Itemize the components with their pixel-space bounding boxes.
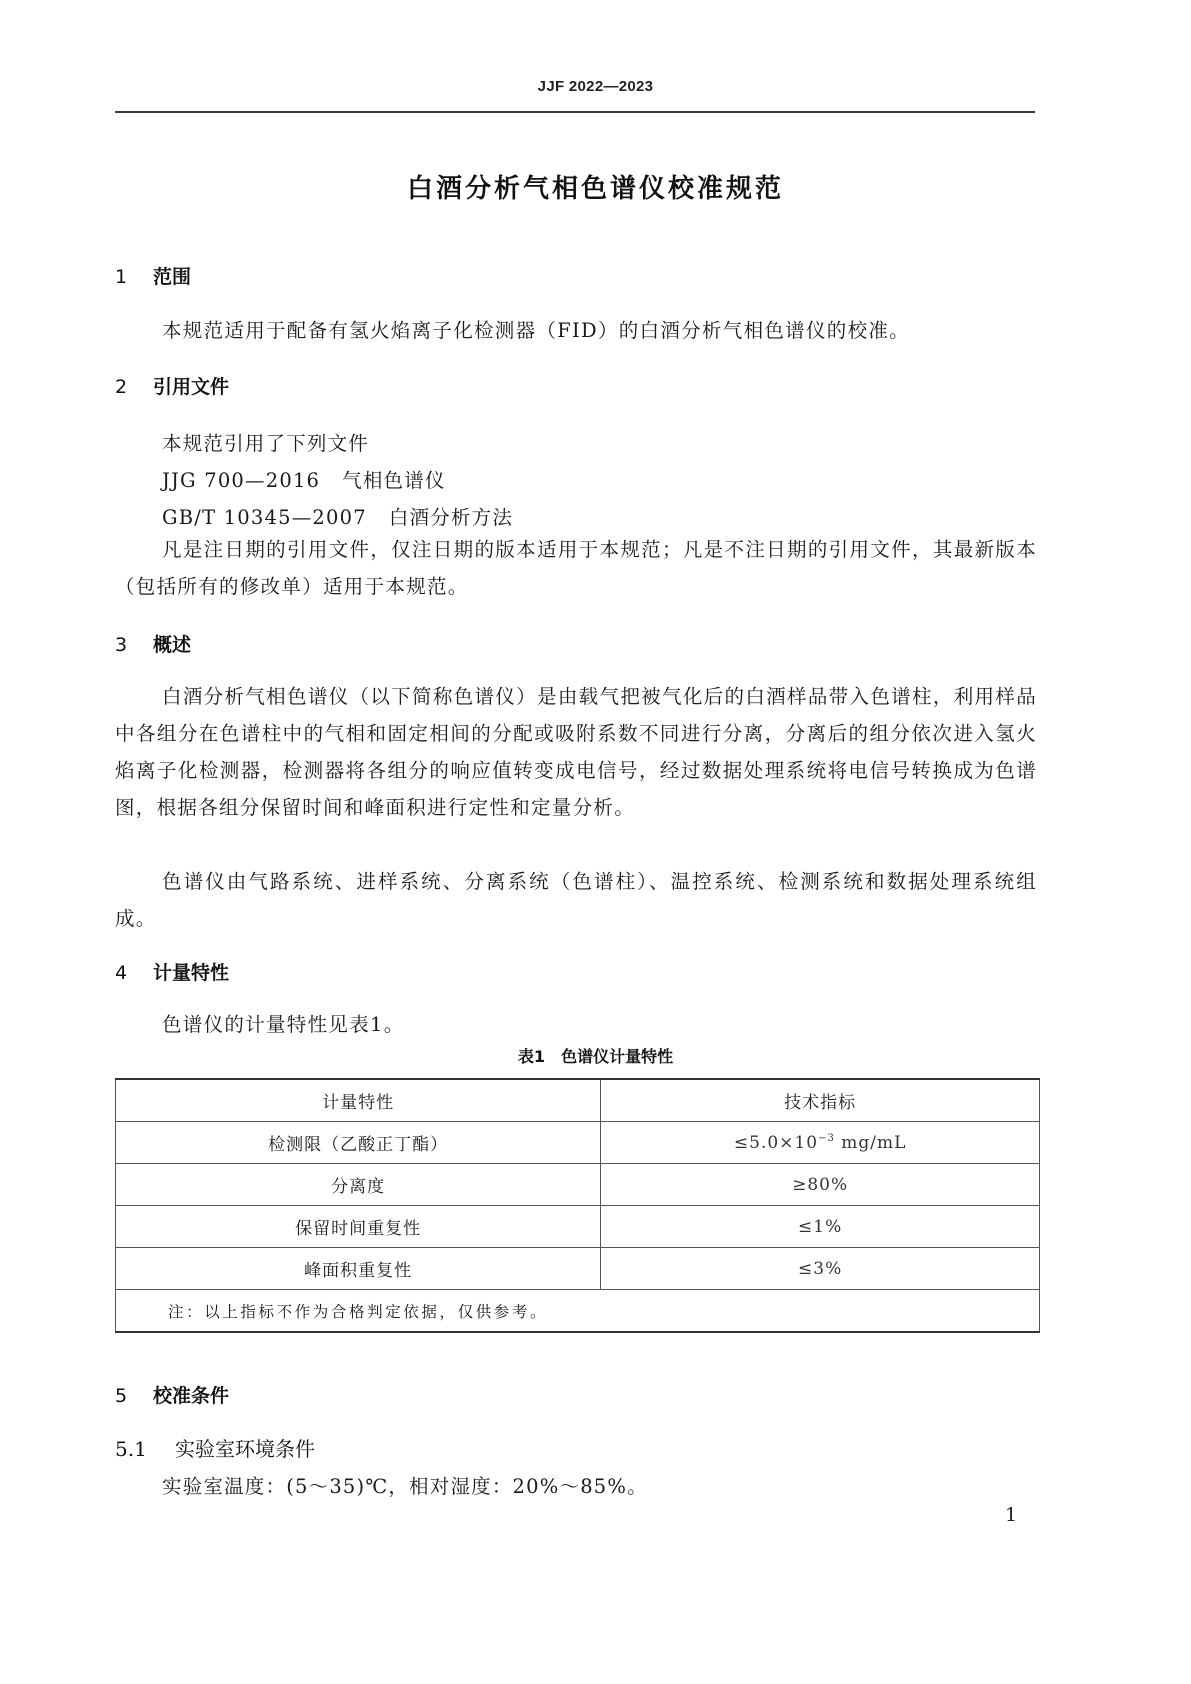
table-row: 峰面积重复性 ≤3%	[116, 1248, 1040, 1290]
spec-value: ≤5.0×10	[734, 1133, 818, 1153]
characteristic-cell: 检测限（乙酸正丁酯）	[116, 1122, 601, 1164]
specification-cell: ≥80%	[601, 1164, 1040, 1206]
spec-unit: mg/mL	[835, 1133, 907, 1153]
table-row: 分离度 ≥80%	[116, 1164, 1040, 1206]
section-5-heading: 5校准条件	[115, 1381, 229, 1408]
reference-title: 白酒分析方法	[389, 506, 513, 529]
table-row: 检测限（乙酸正丁酯） ≤5.0×10−3 mg/mL	[116, 1122, 1040, 1164]
reference-title: 气相色谱仪	[342, 469, 446, 492]
characteristic-cell: 保留时间重复性	[116, 1206, 601, 1248]
reference-code: GB/T 10345—2007	[162, 506, 367, 529]
section-title: 范围	[153, 266, 191, 288]
section-4-paragraph: 色谱仪的计量特性见表1。	[115, 1006, 1037, 1043]
specification-cell: ≤1%	[601, 1206, 1040, 1248]
references-intro: 本规范引用了下列文件	[162, 428, 369, 456]
subsection-5-1-heading: 5.1实验室环境条件	[115, 1433, 315, 1462]
section-number: 5	[115, 1385, 153, 1407]
table-header-row: 计量特性 技术指标	[116, 1079, 1040, 1122]
table-caption: 表1色谱仪计量特性	[0, 1044, 1191, 1067]
spec-exponent: −3	[818, 1133, 835, 1144]
header-rule	[115, 111, 1035, 113]
section-number: 1	[115, 266, 153, 288]
section-title: 引用文件	[153, 376, 229, 398]
section-3-paragraph-2: 色谱仪由气路系统、进样系统、分离系统（色谱柱）、温控系统、检测系统和数据处理系统…	[115, 863, 1037, 937]
section-number: 3	[115, 634, 153, 656]
section-2-heading: 2引用文件	[115, 372, 229, 399]
section-1-paragraph: 本规范适用于配备有氢火焰离子化检测器（FID）的白酒分析气相色谱仪的校准。	[115, 312, 1037, 349]
section-3-heading: 3概述	[115, 630, 191, 657]
subsection-title: 实验室环境条件	[175, 1437, 315, 1461]
section-title: 概述	[153, 634, 191, 656]
section-1-heading: 1范围	[115, 262, 191, 289]
running-header-standard-code: JJF 2022—2023	[0, 78, 1191, 95]
section-2-paragraph: 凡是注日期的引用文件，仅注日期的版本适用于本规范；凡是不注日期的引用文件，其最新…	[115, 531, 1037, 605]
specification-cell: ≤3%	[601, 1248, 1040, 1290]
characteristic-cell: 分离度	[116, 1164, 601, 1206]
section-title: 校准条件	[153, 1385, 229, 1407]
subsection-5-1-paragraph: 实验室温度：(5～35)℃，相对湿度：20%～85%。	[162, 1471, 648, 1499]
section-number: 2	[115, 376, 153, 398]
page-number: 1	[1005, 1504, 1017, 1526]
reference-item: GB/T 10345—2007白酒分析方法	[162, 502, 513, 530]
table-caption-number: 表1	[518, 1047, 545, 1066]
reference-code: JJG 700—2016	[162, 469, 320, 492]
column-header-specification: 技术指标	[601, 1079, 1040, 1122]
column-header-characteristic: 计量特性	[116, 1079, 601, 1122]
specification-cell: ≤5.0×10−3 mg/mL	[601, 1122, 1040, 1164]
section-3-paragraph-1: 白酒分析气相色谱仪（以下简称色谱仪）是由载气把被气化后的白酒样品带入色谱柱，利用…	[115, 678, 1037, 826]
section-number: 4	[115, 962, 153, 984]
table-row: 保留时间重复性 ≤1%	[116, 1206, 1040, 1248]
section-title: 计量特性	[153, 962, 229, 984]
table-note: 注：以上指标不作为合格判定依据，仅供参考。	[116, 1290, 1040, 1333]
section-4-heading: 4计量特性	[115, 958, 229, 985]
subsection-number: 5.1	[115, 1437, 175, 1461]
reference-item: JJG 700—2016气相色谱仪	[162, 465, 446, 493]
table-note-row: 注：以上指标不作为合格判定依据，仅供参考。	[116, 1290, 1040, 1333]
document-title: 白酒分析气相色谱仪校准规范	[0, 168, 1191, 205]
characteristic-cell: 峰面积重复性	[116, 1248, 601, 1290]
metrological-characteristics-table: 计量特性 技术指标 检测限（乙酸正丁酯） ≤5.0×10−3 mg/mL 分离度…	[115, 1078, 1040, 1333]
table-caption-title: 色谱仪计量特性	[561, 1047, 673, 1066]
